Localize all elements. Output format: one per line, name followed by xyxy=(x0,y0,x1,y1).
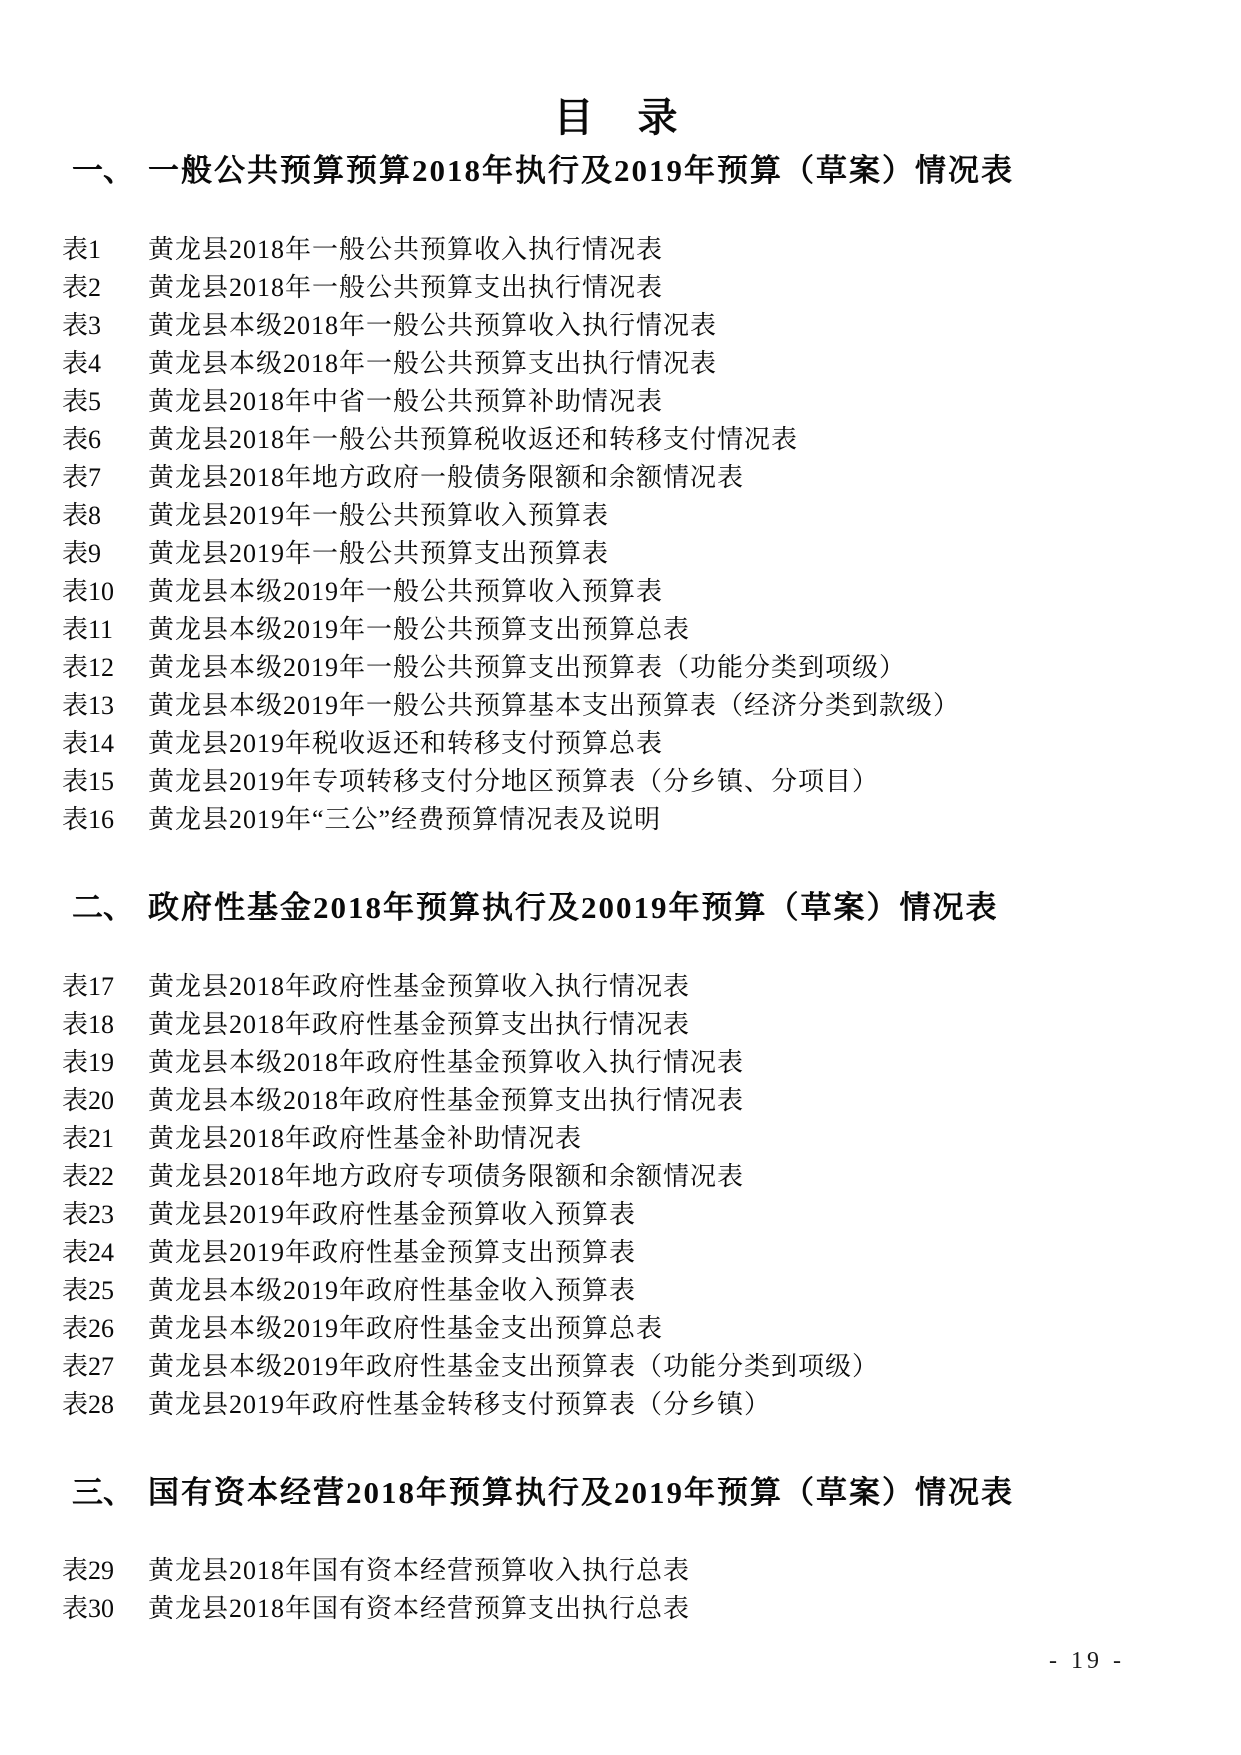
toc-item: 表27 黄龙县本级2019年政府性基金支出预算表（功能分类到项级） xyxy=(62,1348,1171,1386)
toc-item-title: 黄龙县2018年政府性基金预算支出执行情况表 xyxy=(148,1006,690,1044)
toc-item-title: 黄龙县2019年一般公共预算收入预算表 xyxy=(148,497,609,535)
section-heading: 二、 政府性基金2018年预算执行及20019年预算（草案）情况表 xyxy=(62,889,1171,928)
toc-item: 表6 黄龙县2018年一般公共预算税收返还和转移支付情况表 xyxy=(62,421,1171,459)
toc-item-title: 黄龙县本级2019年政府性基金收入预算表 xyxy=(148,1272,636,1310)
toc-item-label: 表28 xyxy=(62,1386,148,1424)
toc-item-title: 黄龙县本级2018年政府性基金预算支出执行情况表 xyxy=(148,1082,744,1120)
section-heading: 三、 国有资本经营2018年预算执行及2019年预算（草案）情况表 xyxy=(62,1474,1171,1513)
section-heading: 一、 一般公共预算预算2018年执行及2019年预算（草案）情况表 xyxy=(62,152,1171,191)
toc-item-label: 表11 xyxy=(62,611,148,649)
toc-item-label: 表20 xyxy=(62,1082,148,1120)
toc-item-title: 黄龙县本级2019年政府性基金支出预算总表 xyxy=(148,1310,663,1348)
toc-item: 表13 黄龙县本级2019年一般公共预算基本支出预算表（经济分类到款级） xyxy=(62,687,1171,725)
toc-item-title: 黄龙县2018年国有资本经营预算支出执行总表 xyxy=(148,1590,690,1628)
toc-item-label: 表1 xyxy=(62,231,148,269)
toc-item-title: 黄龙县2019年专项转移支付分地区预算表（分乡镇、分项目） xyxy=(148,763,879,801)
toc-item: 表7 黄龙县2018年地方政府一般债务限额和余额情况表 xyxy=(62,459,1171,497)
document-page: 目 录 一、 一般公共预算预算2018年执行及2019年预算（草案）情况表 表1… xyxy=(0,0,1241,1755)
toc-sections: 一、 一般公共预算预算2018年执行及2019年预算（草案）情况表 表1 黄龙县… xyxy=(62,152,1171,1628)
toc-item: 表29 黄龙县2018年国有资本经营预算收入执行总表 xyxy=(62,1552,1171,1590)
page-number: - 19 - xyxy=(1049,1648,1125,1675)
toc-item: 表22 黄龙县2018年地方政府专项债务限额和余额情况表 xyxy=(62,1158,1171,1196)
section-title: 政府性基金2018年预算执行及20019年预算（草案）情况表 xyxy=(148,889,999,928)
toc-item-label: 表10 xyxy=(62,573,148,611)
toc-section: 三、 国有资本经营2018年预算执行及2019年预算（草案）情况表 表29 黄龙… xyxy=(62,1474,1171,1629)
toc-item-label: 表14 xyxy=(62,725,148,763)
toc-item: 表5 黄龙县2018年中省一般公共预算补助情况表 xyxy=(62,383,1171,421)
toc-item-title: 黄龙县本级2019年一般公共预算支出预算表（功能分类到项级） xyxy=(148,649,906,687)
toc-section: 一、 一般公共预算预算2018年执行及2019年预算（草案）情况表 表1 黄龙县… xyxy=(62,152,1171,839)
toc-item-label: 表9 xyxy=(62,535,148,573)
toc-item-title: 黄龙县2018年政府性基金补助情况表 xyxy=(148,1120,582,1158)
toc-item: 表9 黄龙县2019年一般公共预算支出预算表 xyxy=(62,535,1171,573)
toc-item-title: 黄龙县本级2019年一般公共预算收入预算表 xyxy=(148,573,663,611)
toc-item: 表8 黄龙县2019年一般公共预算收入预算表 xyxy=(62,497,1171,535)
toc-item-title: 黄龙县2018年中省一般公共预算补助情况表 xyxy=(148,383,663,421)
toc-item: 表1 黄龙县2018年一般公共预算收入执行情况表 xyxy=(62,231,1171,269)
toc-item: 表17 黄龙县2018年政府性基金预算收入执行情况表 xyxy=(62,968,1171,1006)
toc-item-label: 表19 xyxy=(62,1044,148,1082)
toc-item-label: 表22 xyxy=(62,1158,148,1196)
section-title: 国有资本经营2018年预算执行及2019年预算（草案）情况表 xyxy=(148,1474,1014,1513)
toc-item-title: 黄龙县本级2019年政府性基金支出预算表（功能分类到项级） xyxy=(148,1348,879,1386)
toc-item-label: 表13 xyxy=(62,687,148,725)
toc-item-label: 表4 xyxy=(62,345,148,383)
toc-item-label: 表12 xyxy=(62,649,148,687)
toc-item-title: 黄龙县本级2019年一般公共预算基本支出预算表（经济分类到款级） xyxy=(148,687,960,725)
toc-item-title: 黄龙县本级2018年一般公共预算收入执行情况表 xyxy=(148,307,717,345)
toc-list: 表29 黄龙县2018年国有资本经营预算收入执行总表 表30 黄龙县2018年国… xyxy=(62,1552,1171,1628)
toc-list: 表1 黄龙县2018年一般公共预算收入执行情况表 表2 黄龙县2018年一般公共… xyxy=(62,231,1171,839)
toc-item: 表24 黄龙县2019年政府性基金预算支出预算表 xyxy=(62,1234,1171,1272)
toc-item: 表10 黄龙县本级2019年一般公共预算收入预算表 xyxy=(62,573,1171,611)
toc-item: 表19 黄龙县本级2018年政府性基金预算收入执行情况表 xyxy=(62,1044,1171,1082)
toc-item-label: 表26 xyxy=(62,1310,148,1348)
toc-item-title: 黄龙县2019年政府性基金预算收入预算表 xyxy=(148,1196,636,1234)
toc-item-label: 表17 xyxy=(62,968,148,1006)
toc-item-title: 黄龙县2018年政府性基金预算收入执行情况表 xyxy=(148,968,690,1006)
toc-item-title: 黄龙县2018年地方政府一般债务限额和余额情况表 xyxy=(148,459,744,497)
toc-item-label: 表2 xyxy=(62,269,148,307)
toc-item-label: 表16 xyxy=(62,801,148,839)
page-title: 目 录 xyxy=(62,96,1171,140)
toc-item-title: 黄龙县2018年一般公共预算支出执行情况表 xyxy=(148,269,663,307)
section-number: 二、 xyxy=(62,889,148,928)
section-number: 三、 xyxy=(62,1474,148,1513)
section-number: 一、 xyxy=(62,152,148,191)
toc-item: 表4 黄龙县本级2018年一般公共预算支出执行情况表 xyxy=(62,345,1171,383)
toc-item: 表12 黄龙县本级2019年一般公共预算支出预算表（功能分类到项级） xyxy=(62,649,1171,687)
toc-item: 表21 黄龙县2018年政府性基金补助情况表 xyxy=(62,1120,1171,1158)
toc-item-title: 黄龙县2019年一般公共预算支出预算表 xyxy=(148,535,609,573)
toc-item: 表28 黄龙县2019年政府性基金转移支付预算表（分乡镇） xyxy=(62,1386,1171,1424)
toc-item-title: 黄龙县本级2018年一般公共预算支出执行情况表 xyxy=(148,345,717,383)
toc-item: 表20 黄龙县本级2018年政府性基金预算支出执行情况表 xyxy=(62,1082,1171,1120)
toc-item-label: 表24 xyxy=(62,1234,148,1272)
toc-item-label: 表18 xyxy=(62,1006,148,1044)
toc-item-label: 表29 xyxy=(62,1552,148,1590)
toc-item: 表26 黄龙县本级2019年政府性基金支出预算总表 xyxy=(62,1310,1171,1348)
toc-item: 表23 黄龙县2019年政府性基金预算收入预算表 xyxy=(62,1196,1171,1234)
toc-item-label: 表15 xyxy=(62,763,148,801)
toc-item-label: 表3 xyxy=(62,307,148,345)
toc-item-title: 黄龙县2018年地方政府专项债务限额和余额情况表 xyxy=(148,1158,744,1196)
toc-item-label: 表8 xyxy=(62,497,148,535)
toc-item-label: 表23 xyxy=(62,1196,148,1234)
toc-item: 表30 黄龙县2018年国有资本经营预算支出执行总表 xyxy=(62,1590,1171,1628)
toc-item-title: 黄龙县2018年一般公共预算收入执行情况表 xyxy=(148,231,663,269)
section-title: 一般公共预算预算2018年执行及2019年预算（草案）情况表 xyxy=(148,152,1014,191)
toc-item-label: 表27 xyxy=(62,1348,148,1386)
toc-item-label: 表6 xyxy=(62,421,148,459)
toc-item: 表25 黄龙县本级2019年政府性基金收入预算表 xyxy=(62,1272,1171,1310)
toc-item-label: 表25 xyxy=(62,1272,148,1310)
toc-item-title: 黄龙县2019年政府性基金转移支付预算表（分乡镇） xyxy=(148,1386,771,1424)
toc-item: 表14 黄龙县2019年税收返还和转移支付预算总表 xyxy=(62,725,1171,763)
toc-item-title: 黄龙县2018年国有资本经营预算收入执行总表 xyxy=(148,1552,690,1590)
toc-item-title: 黄龙县2018年一般公共预算税收返还和转移支付情况表 xyxy=(148,421,798,459)
toc-item-label: 表5 xyxy=(62,383,148,421)
toc-item-label: 表21 xyxy=(62,1120,148,1158)
toc-item: 表3 黄龙县本级2018年一般公共预算收入执行情况表 xyxy=(62,307,1171,345)
toc-item-label: 表30 xyxy=(62,1590,148,1628)
toc-item: 表15 黄龙县2019年专项转移支付分地区预算表（分乡镇、分项目） xyxy=(62,763,1171,801)
toc-item-title: 黄龙县2019年政府性基金预算支出预算表 xyxy=(148,1234,636,1272)
toc-item: 表18 黄龙县2018年政府性基金预算支出执行情况表 xyxy=(62,1006,1171,1044)
toc-item-label: 表7 xyxy=(62,459,148,497)
toc-item: 表16 黄龙县2019年“三公”经费预算情况表及说明 xyxy=(62,801,1171,839)
toc-item-title: 黄龙县2019年“三公”经费预算情况表及说明 xyxy=(148,801,661,839)
toc-item: 表11 黄龙县本级2019年一般公共预算支出预算总表 xyxy=(62,611,1171,649)
toc-item-title: 黄龙县本级2018年政府性基金预算收入执行情况表 xyxy=(148,1044,744,1082)
toc-section: 二、 政府性基金2018年预算执行及20019年预算（草案）情况表 表17 黄龙… xyxy=(62,889,1171,1424)
toc-list: 表17 黄龙县2018年政府性基金预算收入执行情况表 表18 黄龙县2018年政… xyxy=(62,968,1171,1424)
toc-item: 表2 黄龙县2018年一般公共预算支出执行情况表 xyxy=(62,269,1171,307)
toc-item-title: 黄龙县本级2019年一般公共预算支出预算总表 xyxy=(148,611,690,649)
toc-item-title: 黄龙县2019年税收返还和转移支付预算总表 xyxy=(148,725,663,763)
